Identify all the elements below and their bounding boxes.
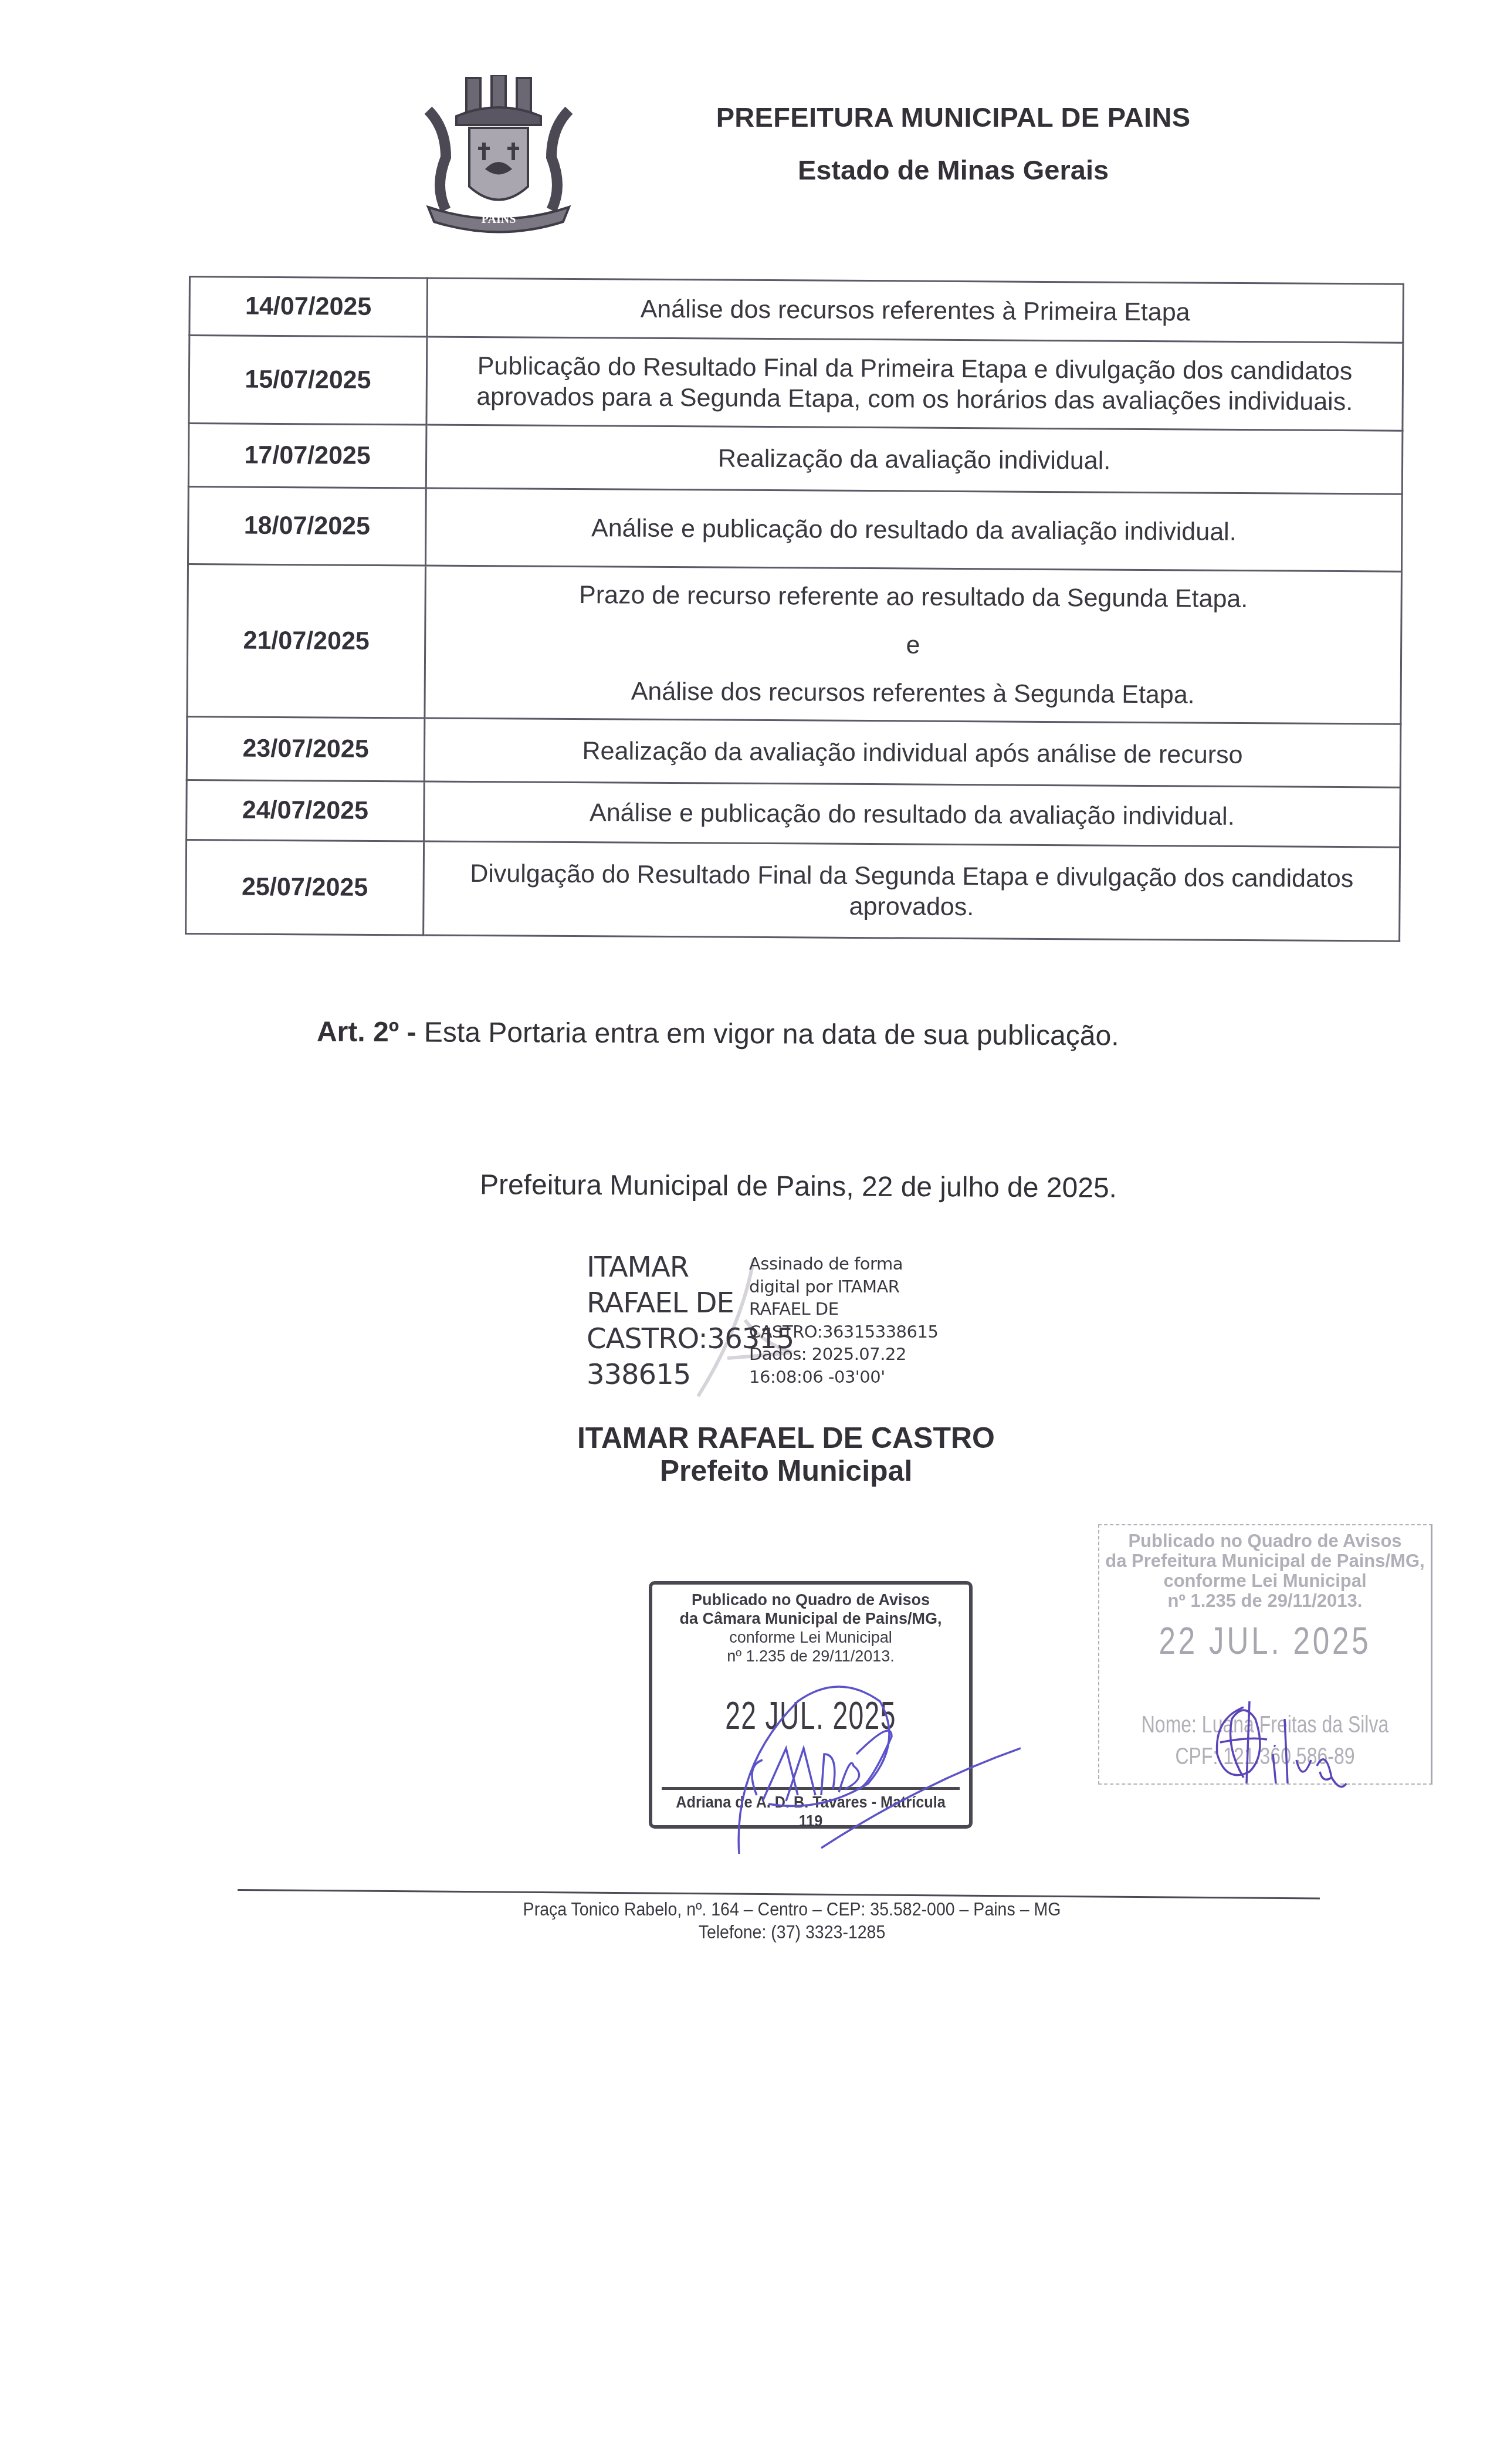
schedule-description-line: Prazo de recurso referente ao resultado … — [433, 578, 1394, 615]
schedule-description: Prazo de recurso referente ao resultado … — [425, 566, 1402, 724]
handwritten-initials-icon — [645, 1678, 1021, 1854]
schedule-description: Divulgação do Resultado Final da Segunda… — [424, 841, 1400, 941]
table-row: 17/07/2025Realização da avaliação indivi… — [188, 424, 1403, 495]
schedule-description-line: Análise dos recursos referentes à Segund… — [433, 675, 1393, 711]
signer-role: Prefeito Municipal — [528, 1454, 1044, 1488]
signer-name: ITAMAR RAFAEL DE CASTRO — [528, 1421, 1044, 1455]
schedule-description: Publicação do Resultado Final da Primeir… — [426, 337, 1403, 431]
schedule-description-line: e — [433, 627, 1393, 663]
schedule-date: 18/07/2025 — [188, 487, 426, 566]
schedule-description-line: Análise e publicação do resultado da ava… — [591, 514, 1237, 546]
schedule-date: 21/07/2025 — [187, 564, 426, 718]
schedule-date: 24/07/2025 — [187, 780, 425, 841]
table-row: 21/07/2025Prazo de recurso referente ao … — [187, 564, 1402, 725]
schedule-description: Análise e publicação do resultado da ava… — [425, 488, 1402, 571]
footer-divider — [238, 1889, 1320, 1899]
schedule-description: Realização da avaliação individual. — [426, 425, 1403, 494]
organization-subtitle: Estado de Minas Gerais — [587, 154, 1320, 186]
schedule-description: Análise e publicação do resultado da ava… — [424, 781, 1401, 847]
table-row: 23/07/2025Realização da avaliação indivi… — [187, 716, 1401, 787]
schedule-description: Realização da avaliação individual após … — [424, 718, 1401, 787]
table-row: 25/07/2025Divulgação do Resultado Final … — [186, 840, 1400, 941]
stamp-text: Publicado no Quadro de Avisos da Prefeit… — [1099, 1531, 1431, 1611]
article-text: Esta Portaria entra em vigor na data de … — [416, 1017, 1119, 1051]
article-label: Art. 2º - — [317, 1016, 416, 1048]
footer-phone: Telefone: (37) 3323-1285 — [279, 1922, 1305, 1943]
place-and-date: Prefeitura Municipal de Pains, 22 de jul… — [480, 1169, 1117, 1204]
schedule-description-line: Realização da avaliação individual. — [718, 444, 1111, 475]
schedule-description-line: Análise dos recursos referentes à Primei… — [641, 295, 1190, 326]
schedule-date: 14/07/2025 — [189, 277, 428, 337]
schedule-description-line: Análise e publicação do resultado da ava… — [590, 798, 1235, 831]
article-2: Art. 2º - Esta Portaria entra em vigor n… — [317, 1016, 1119, 1052]
table-row: 18/07/2025Análise e publicação do result… — [188, 487, 1402, 572]
stamp-text: Publicado no Quadro de Avisos da Câmara … — [652, 1590, 969, 1666]
schedule-description: Análise dos recursos referentes à Primei… — [427, 278, 1404, 343]
stamp-date: 22 JUL. 2025 — [1133, 1619, 1398, 1663]
svg-text:PAINS: PAINS — [482, 213, 516, 226]
organization-title: PREFEITURA MUNICIPAL DE PAINS — [587, 101, 1320, 133]
table-row: 14/07/2025Análise dos recursos referente… — [189, 277, 1404, 343]
schedule-description-line: Divulgação do Resultado Final da Segunda… — [470, 859, 1353, 920]
schedule-date: 15/07/2025 — [189, 336, 427, 425]
handwritten-signature-icon — [1208, 1695, 1349, 1795]
table-row: 15/07/2025Publicação do Resultado Final … — [189, 336, 1403, 431]
footer-address: Praça Tonico Rabelo, nº. 164 – Centro – … — [279, 1899, 1305, 1920]
schedule-description-line: Publicação do Resultado Final da Primeir… — [476, 352, 1353, 416]
table-row: 24/07/2025Análise e publicação do result… — [187, 780, 1401, 847]
schedule-table: 14/07/2025Análise dos recursos referente… — [185, 276, 1404, 942]
digital-signature-details: Assinado de forma digital por ITAMAR RAF… — [749, 1253, 938, 1388]
coat-of-arms-icon: PAINS — [411, 75, 587, 233]
schedule-date: 25/07/2025 — [186, 840, 424, 935]
schedule-date: 17/07/2025 — [188, 424, 426, 488]
schedule-description-line: Realização da avaliação individual após … — [582, 737, 1242, 769]
schedule-date: 23/07/2025 — [187, 716, 425, 781]
